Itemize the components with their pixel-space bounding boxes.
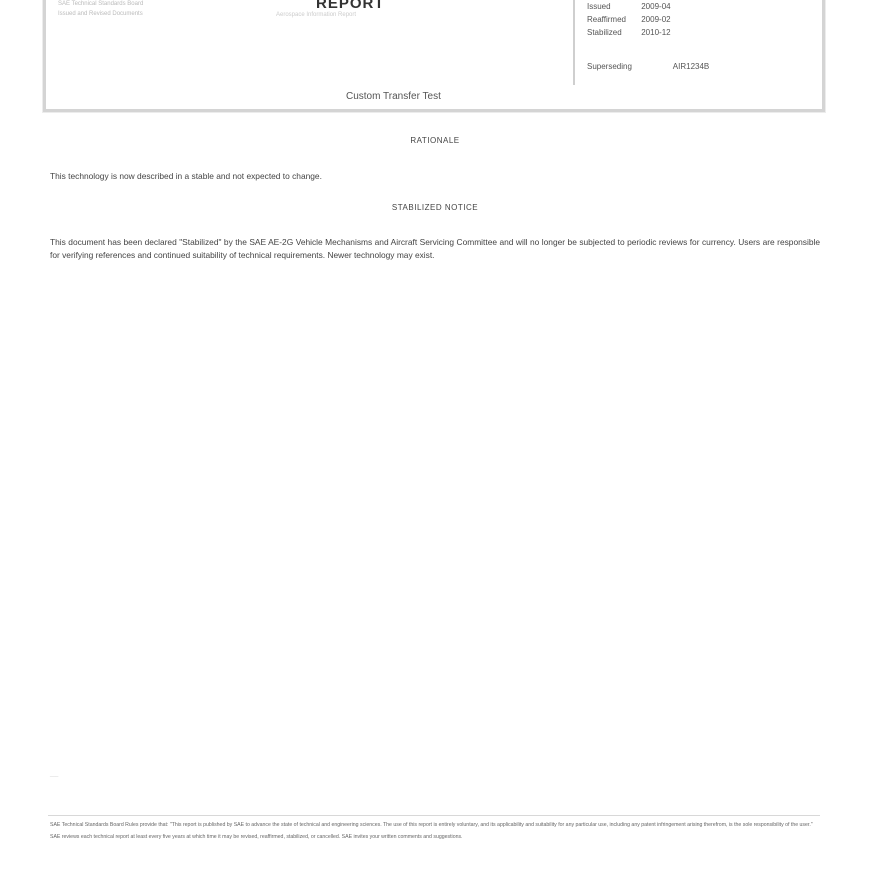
header-left-meta: SAE Technical Standards Board Issued and… bbox=[58, 0, 143, 19]
left-meta-line: Issued and Revised Documents bbox=[58, 9, 143, 19]
document-subtitle: Aerospace Information Report bbox=[276, 12, 356, 18]
stabilized-notice-text: This document has been declared "Stabili… bbox=[50, 236, 820, 261]
meta-issued: Issued 2009-04 bbox=[587, 2, 671, 11]
rationale-text: This technology is now described in a st… bbox=[50, 170, 820, 183]
meta-value: 2010-12 bbox=[641, 28, 670, 37]
footer-paragraph: SAE Technical Standards Board Rules prov… bbox=[50, 822, 820, 830]
stabilized-notice-heading: STABILIZED NOTICE bbox=[0, 203, 870, 212]
document-header-box: SAE Technical Standards Board Issued and… bbox=[43, 0, 825, 112]
meta-stabilized: Stabilized 2010-12 bbox=[587, 28, 671, 37]
meta-reaffirmed: Reaffirmed 2009-02 bbox=[587, 15, 671, 24]
meta-value: AIR1234B bbox=[673, 62, 709, 71]
footer-mark: ___ bbox=[50, 772, 58, 778]
footer-paragraph: SAE reviews each technical report at lea… bbox=[50, 834, 820, 842]
meta-value: 2009-02 bbox=[641, 15, 670, 24]
left-meta-line: SAE Technical Standards Board bbox=[58, 0, 143, 9]
meta-label: Reaffirmed bbox=[587, 15, 639, 24]
meta-label: Superseding bbox=[587, 62, 671, 71]
meta-label: Stabilized bbox=[587, 28, 639, 37]
footer-divider bbox=[48, 815, 820, 816]
meta-value: 2009-04 bbox=[641, 2, 670, 11]
meta-superseding: Superseding AIR1234B bbox=[587, 62, 709, 71]
footer-legal-text: SAE Technical Standards Board Rules prov… bbox=[50, 822, 820, 845]
document-title: REPORT bbox=[316, 0, 385, 12]
rationale-heading: RATIONALE bbox=[0, 136, 870, 145]
meta-label: Issued bbox=[587, 2, 639, 11]
document-caption: Custom Transfer Test bbox=[346, 91, 441, 102]
document-meta-panel: Issued 2009-04 Reaffirmed 2009-02 Stabil… bbox=[573, 0, 755, 85]
